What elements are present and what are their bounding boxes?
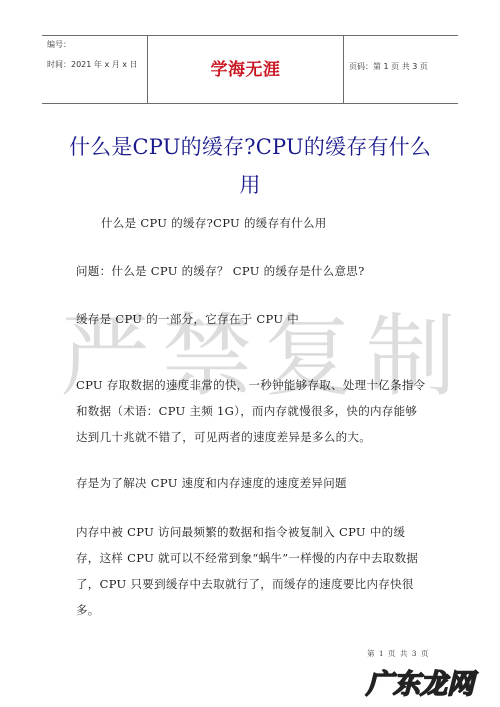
paragraph-question: 问题：什么是 CPU 的缓存？ CPU 的缓存是什么意思? bbox=[76, 258, 426, 284]
paragraph-subtitle: 什么是 CPU 的缓存?CPU 的缓存有什么用 bbox=[101, 210, 451, 236]
header-center-cell: 学海无涯 bbox=[148, 36, 344, 103]
header-right-cell: 页码：第 1 页 共 3 页 bbox=[344, 36, 458, 103]
date-label: 时间：2021 年 x 月 x 日 bbox=[47, 59, 138, 70]
serial-number-label: 编号： bbox=[47, 39, 71, 50]
header-page-number: 页码：第 1 页 共 3 页 bbox=[349, 61, 428, 72]
paragraph-purpose: 存是为了解决 CPU 速度和内存速度的速度差异问题 bbox=[76, 470, 426, 496]
header-left-cell: 编号： 时间：2021 年 x 月 x 日 bbox=[42, 36, 148, 103]
document-page: 编号： 时间：2021 年 x 月 x 日 学海无涯 页码：第 1 页 共 3 … bbox=[0, 0, 500, 707]
header-table: 编号： 时间：2021 年 x 月 x 日 学海无涯 页码：第 1 页 共 3 … bbox=[42, 35, 458, 104]
footer-page-number: 第 1 页 共 3 页 bbox=[367, 648, 429, 659]
paragraph-definition: 缓存是 CPU 的一部分，它存在于 CPU 中 bbox=[76, 306, 426, 332]
document-title: 什么是CPU的缓存?CPU的缓存有什么用 bbox=[60, 128, 440, 204]
site-logo: 广东龙网 bbox=[366, 662, 474, 701]
paragraph-speed: CPU 存取数据的速度非常的快，一秒钟能够存取、处理十亿条指令和数据（术语：CP… bbox=[76, 372, 426, 450]
paragraph-mechanism: 内存中被 CPU 访问最频繁的数据和指令被复制入 CPU 中的缓存，这样 CPU… bbox=[76, 519, 426, 623]
brand-title: 学海无涯 bbox=[211, 55, 281, 80]
